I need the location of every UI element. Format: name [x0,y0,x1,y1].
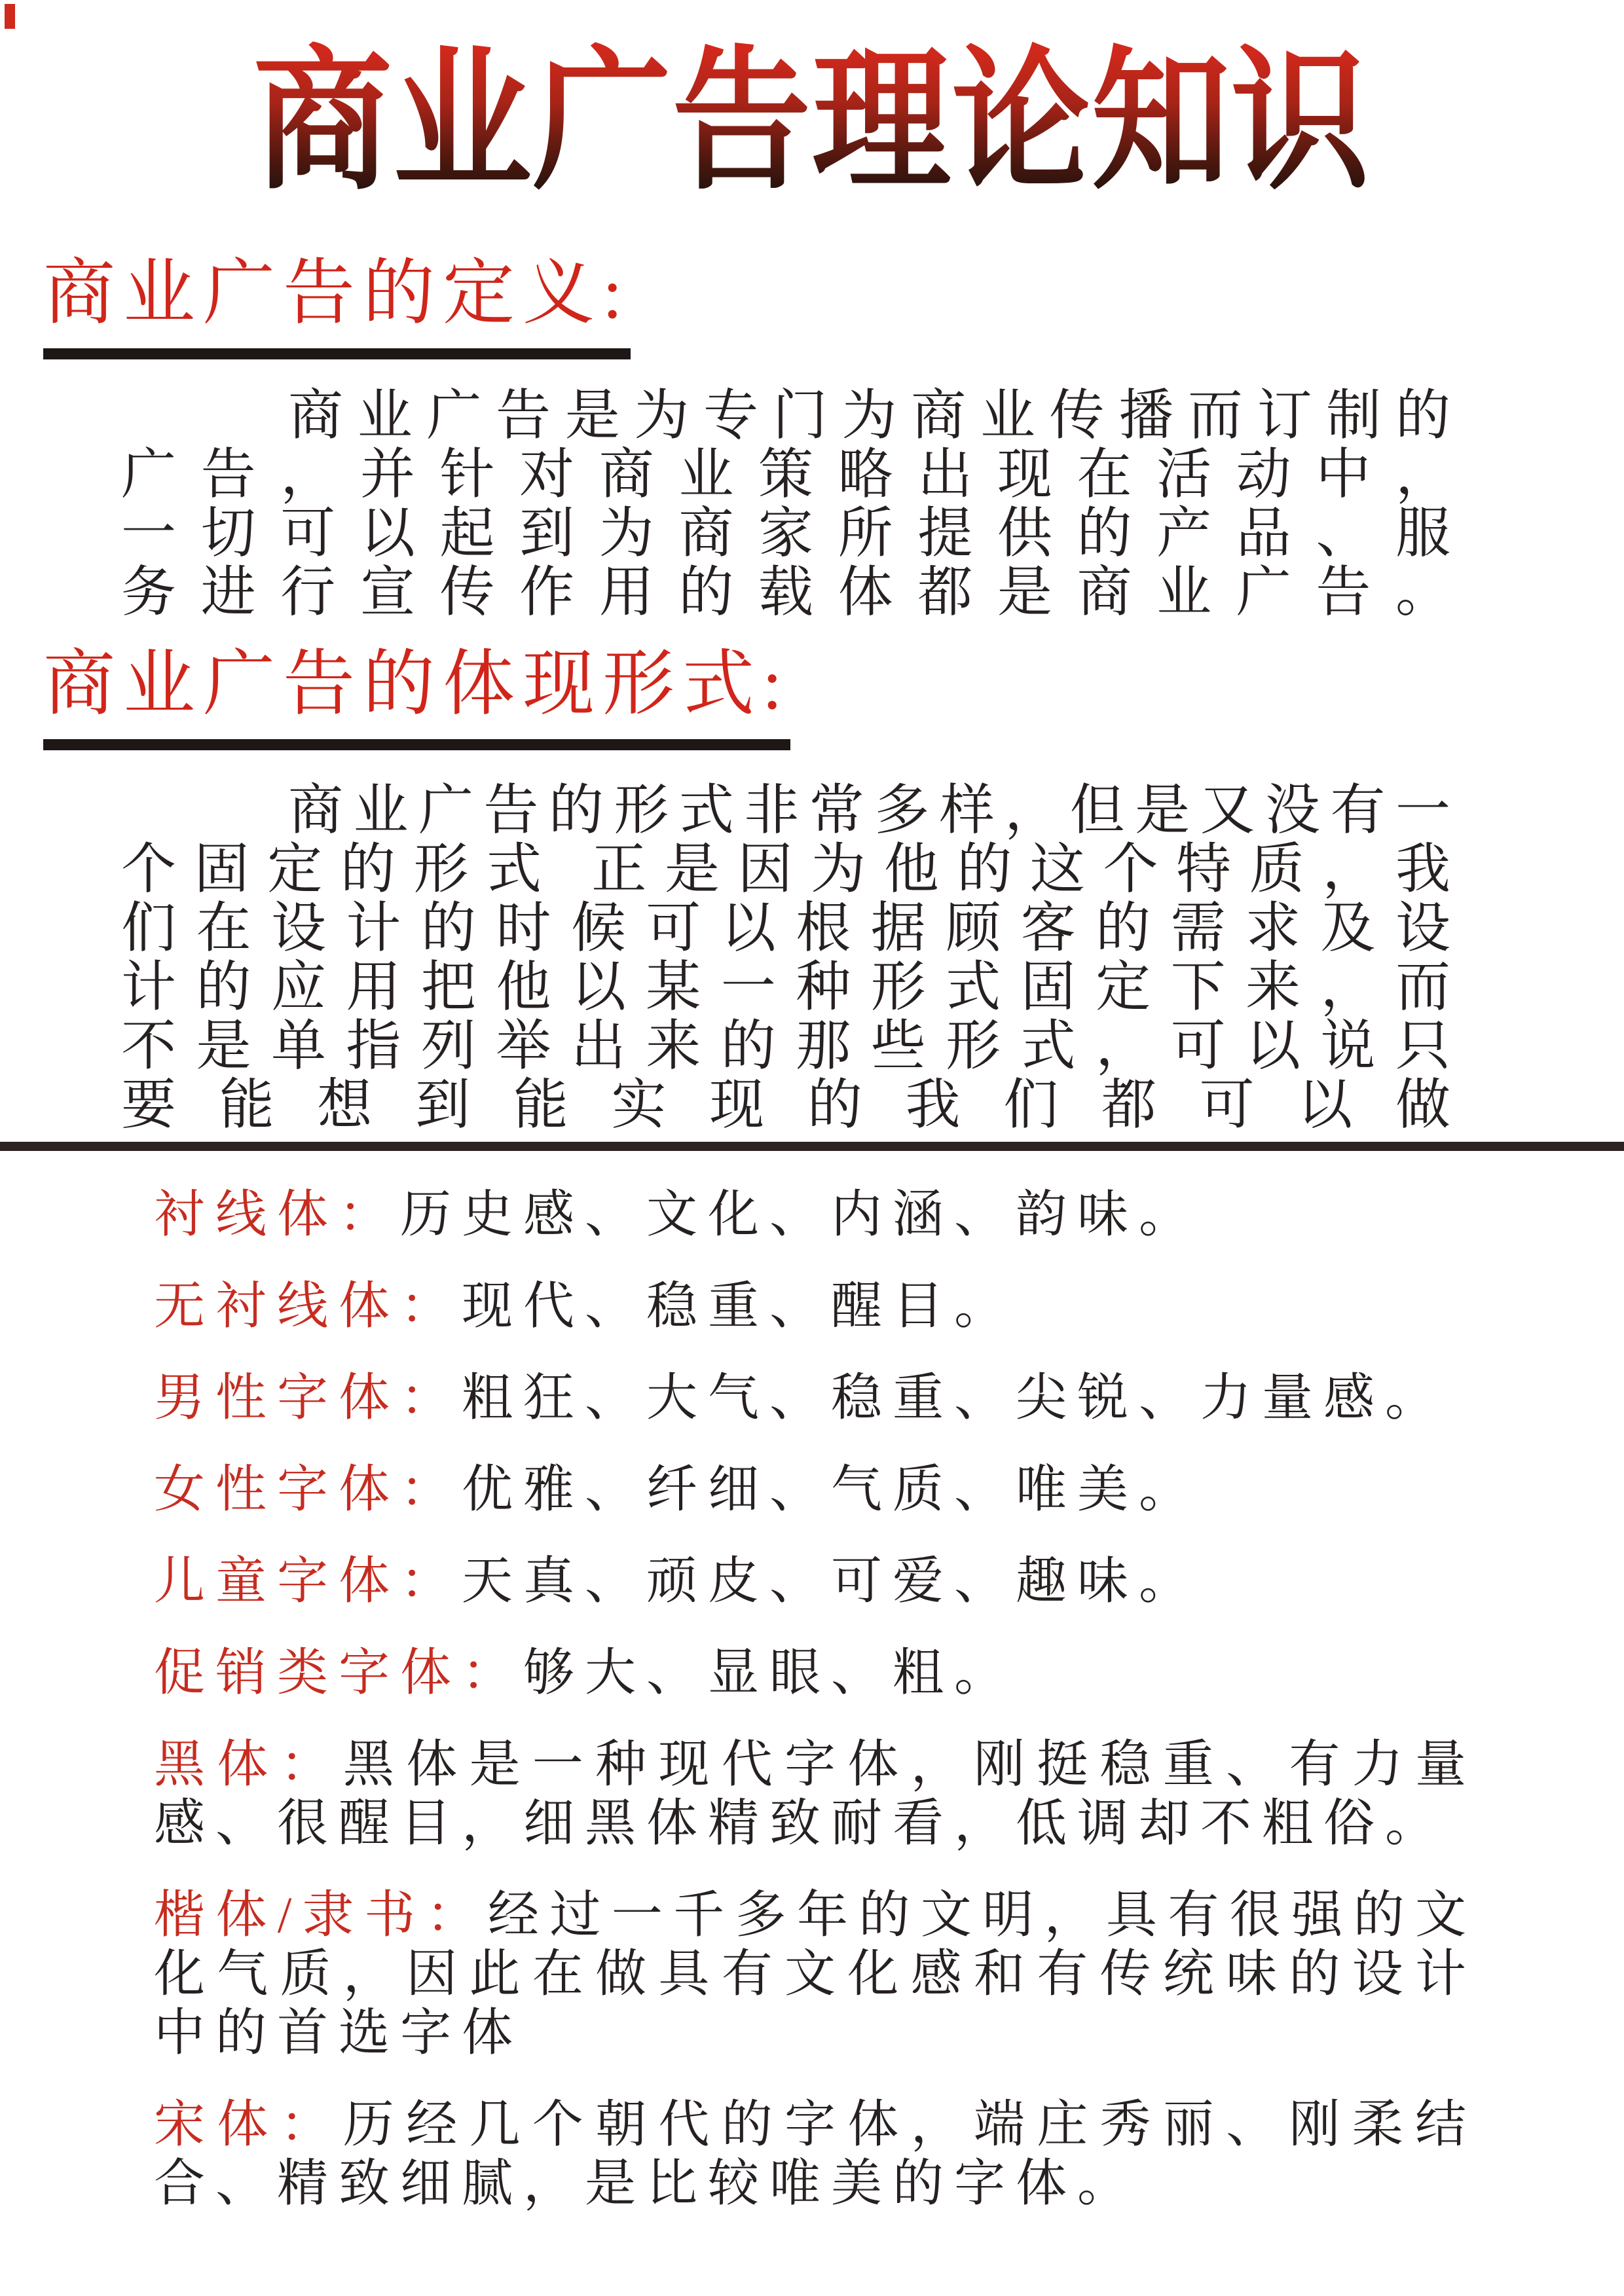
list-item-sans-serif: 无衬线体：现代、稳重、醒目。 [154,1277,1477,1336]
item-label: 黑体： [154,1736,343,1793]
item-text: 天真、顽皮、可爱、趣味。 [462,1552,1200,1609]
item-text: 优雅、纤细、气质、唯美。 [462,1461,1200,1518]
item-text: 粗狂、大气、稳重、尖锐、力量感。 [462,1369,1447,1426]
section-divider [0,1142,1624,1151]
item-label: 衬线体： [154,1186,400,1243]
list-item-promo: 促销类字体：够大、显眼、粗。 [154,1643,1477,1702]
item-label: 无衬线体： [154,1277,462,1334]
page-title: 商业广告理论知识 [81,39,1543,203]
list-item-serif: 衬线体：历史感、文化、内涵、韵味。 [154,1185,1477,1244]
heading-underline [43,348,631,359]
section-forms-heading: 商业广告的体现形式: [43,645,790,750]
paragraph-line: 商业广告的形式非常多样，但是又没有一 [121,782,1450,841]
item-label: 宋体： [154,2096,343,2153]
item-text: 黑体是一种现代字体，刚挺稳重、有力量感、很醒目，细黑体精致耐看，低调却不粗俗。 [154,1736,1477,1851]
heading-underline [43,739,790,750]
section-forms: 商业广告的体现形式: 商业广告的形式非常多样，但是又没有一 个固定的形式 正是因… [0,623,1624,1135]
paragraph-line: 一切可以起到为商家所提供的产品、服 [121,505,1450,564]
corner-accent-mark [5,4,15,29]
paragraph-line: 广告，并针对商业策略出现在活动中， [121,446,1450,505]
paragraph-line: 商业广告是为专门为商业传播而订制的 [121,387,1450,446]
font-category-list: 衬线体：历史感、文化、内涵、韵味。 无衬线体：现代、稳重、醒目。 男性字体：粗狂… [154,1185,1477,2213]
paragraph-line: 务进行宣传作用的载体都是商业广告。 [121,564,1450,623]
section-definition: 商业广告的定义: 商业广告是为专门为商业传播而订制的 广告，并针对商业策略出现在… [0,203,1624,623]
item-text: 历经几个朝代的字体，端庄秀丽、刚柔结合、精致细腻，是比较唯美的字体。 [154,2096,1477,2212]
item-label: 男性字体： [154,1369,462,1426]
list-item-songti: 宋体：历经几个朝代的字体，端庄秀丽、刚柔结合、精致细腻，是比较唯美的字体。 [154,2095,1477,2213]
paragraph-line: 个固定的形式 正是因为他的这个特质，我 [121,841,1450,900]
forms-paragraph: 商业广告的形式非常多样，但是又没有一 个固定的形式 正是因为他的这个特质，我 们… [121,782,1450,1135]
list-item-kaiti-lishu: 楷体/隶书：经过一千多年的文明，具有很强的文化气质，因此在做具有文化感和有传统味… [154,1886,1477,2062]
item-text: 历史感、文化、内涵、韵味。 [400,1186,1200,1243]
definition-paragraph: 商业广告是为专门为商业传播而订制的 广告，并针对商业策略出现在活动中， 一切可以… [121,387,1450,623]
paragraph-line: 要能想到能实现的我们都可以做 [121,1076,1450,1135]
list-item-masculine: 男性字体：粗狂、大气、稳重、尖锐、力量感。 [154,1368,1477,1427]
section-definition-heading-text: 商业广告的定义: [43,253,631,333]
item-label: 女性字体： [154,1461,462,1518]
paragraph-line: 们在设计的时候可以根据顾客的需求及设 [121,900,1450,958]
list-item-heiti: 黑体：黑体是一种现代字体，刚挺稳重、有力量感、很醒目，细黑体精致耐看，低调却不粗… [154,1735,1477,1853]
section-definition-heading: 商业广告的定义: [43,254,631,359]
paragraph-line: 计的应用把他以某一种形式固定下来，而 [121,958,1450,1017]
list-item-children: 儿童字体：天真、顽皮、可爱、趣味。 [154,1552,1477,1611]
item-text: 够大、显眼、粗。 [523,1644,1016,1701]
paragraph-line: 不是单指列举出来的那些形式，可以说只 [121,1017,1450,1076]
list-item-feminine: 女性字体：优雅、纤细、气质、唯美。 [154,1460,1477,1519]
item-text: 现代、稳重、醒目。 [462,1277,1016,1334]
item-label: 促销类字体： [154,1644,523,1701]
item-label: 儿童字体： [154,1552,462,1609]
item-label: 楷体/隶书： [154,1886,488,1943]
section-forms-heading-text: 商业广告的体现形式: [43,644,790,724]
